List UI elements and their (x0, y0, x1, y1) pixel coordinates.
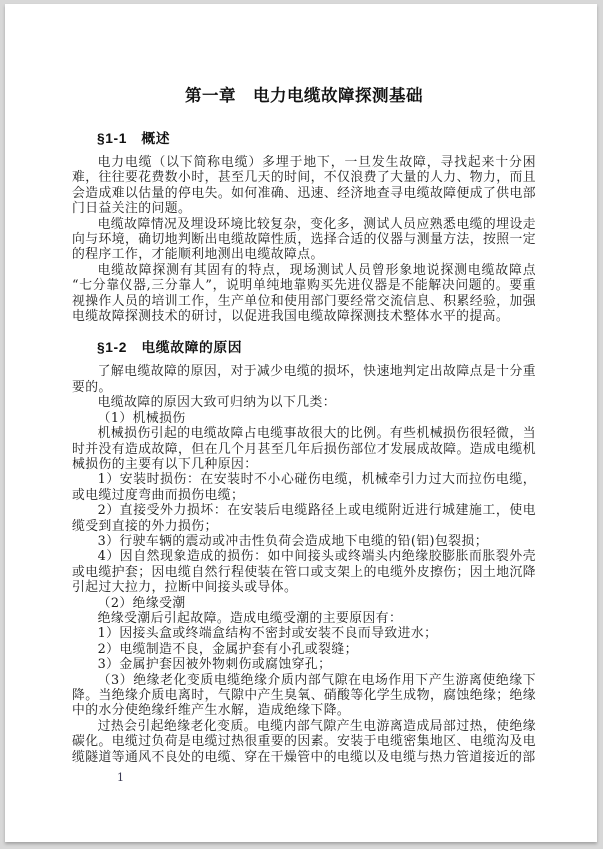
page-number: 1 (117, 771, 124, 785)
paragraph: 2）直接受外力损坏：在安装后电缆路径上或电缆附近进行城建施工，使电缆受到直接的外… (72, 503, 536, 534)
paragraph: 电力电缆（以下简称电缆）多埋于地下，一旦发生故障，寻找起来十分困难，往往要花费数… (72, 155, 536, 217)
paragraph: 绝缘受潮后引起故障。造成电缆受潮的主要原因有： (72, 611, 536, 626)
paragraph: 4）因自然现象造成的损伤：如中间接头或终端头内绝缘胶膨胀而胀裂外壳或电缆护套；因… (72, 549, 536, 595)
section-heading-1-1: §1-1 概述 (97, 127, 536, 147)
paragraph: 电缆故障情况及埋设环境比较复杂，变化多，测试人员应熟悉电缆的埋设走向与环境，确切… (72, 217, 536, 263)
paragraph: 机械损伤引起的电缆故障占电缆事故很大的比例。有些机械损伤很轻微，当时并没有造成故… (72, 426, 536, 472)
paragraph: 2）电缆制造不良，金属护套有小孔或裂缝； (72, 642, 536, 657)
section-heading-1-2: §1-2 电缆故障的原因 (97, 336, 536, 356)
page-content: 第一章 电力电缆故障探测基础 §1-1 概述 电力电缆（以下简称电缆）多埋于地下… (72, 4, 536, 765)
paragraph: （1）机械损伤 (72, 411, 536, 426)
paragraph: 3）行驶车辆的震动或冲击性负荷会造成地下电缆的铅(铝)包裂损； (72, 534, 536, 549)
paragraph: 3）金属护套因被外物刺伤或腐蚀穿孔； (72, 657, 536, 672)
document-page: 第一章 电力电缆故障探测基础 §1-1 概述 电力电缆（以下简称电缆）多埋于地下… (5, 4, 597, 842)
paragraph: 了解电缆故障的原因，对于减少电缆的损坏，快速地判定出故障点是十分重要的。 (72, 364, 536, 395)
chapter-title: 第一章 电力电缆故障探测基础 (72, 82, 536, 106)
paragraph: （3）绝缘老化变质电缆绝缘介质内部气隙在电场作用下产生游离使绝缘下降。当绝缘介质… (72, 673, 536, 719)
paragraph: 电缆故障的原因大致可归纳为以下几类： (72, 395, 536, 410)
paragraph: 电缆故障探测有其固有的特点，现场测试人员曾形象地说探测电缆故障点“七分靠仪器,三… (72, 263, 536, 325)
paragraph: 1）安装时损伤：在安装时不小心碰伤电缆，机械牵引力过大而拉伤电缆，或电缆过度弯曲… (72, 472, 536, 503)
paragraph: （2）绝缘受潮 (72, 596, 536, 611)
document-canvas: 第一章 电力电缆故障探测基础 §1-1 概述 电力电缆（以下简称电缆）多埋于地下… (0, 0, 603, 849)
paragraph: 1）因接头盒或终端盒结构不密封或安装不良而导致进水； (72, 626, 536, 641)
paragraph: 过热会引起绝缘老化变质。电缆内部气隙产生电游离造成局部过热，使绝缘碳化。电缆过负… (72, 719, 536, 765)
